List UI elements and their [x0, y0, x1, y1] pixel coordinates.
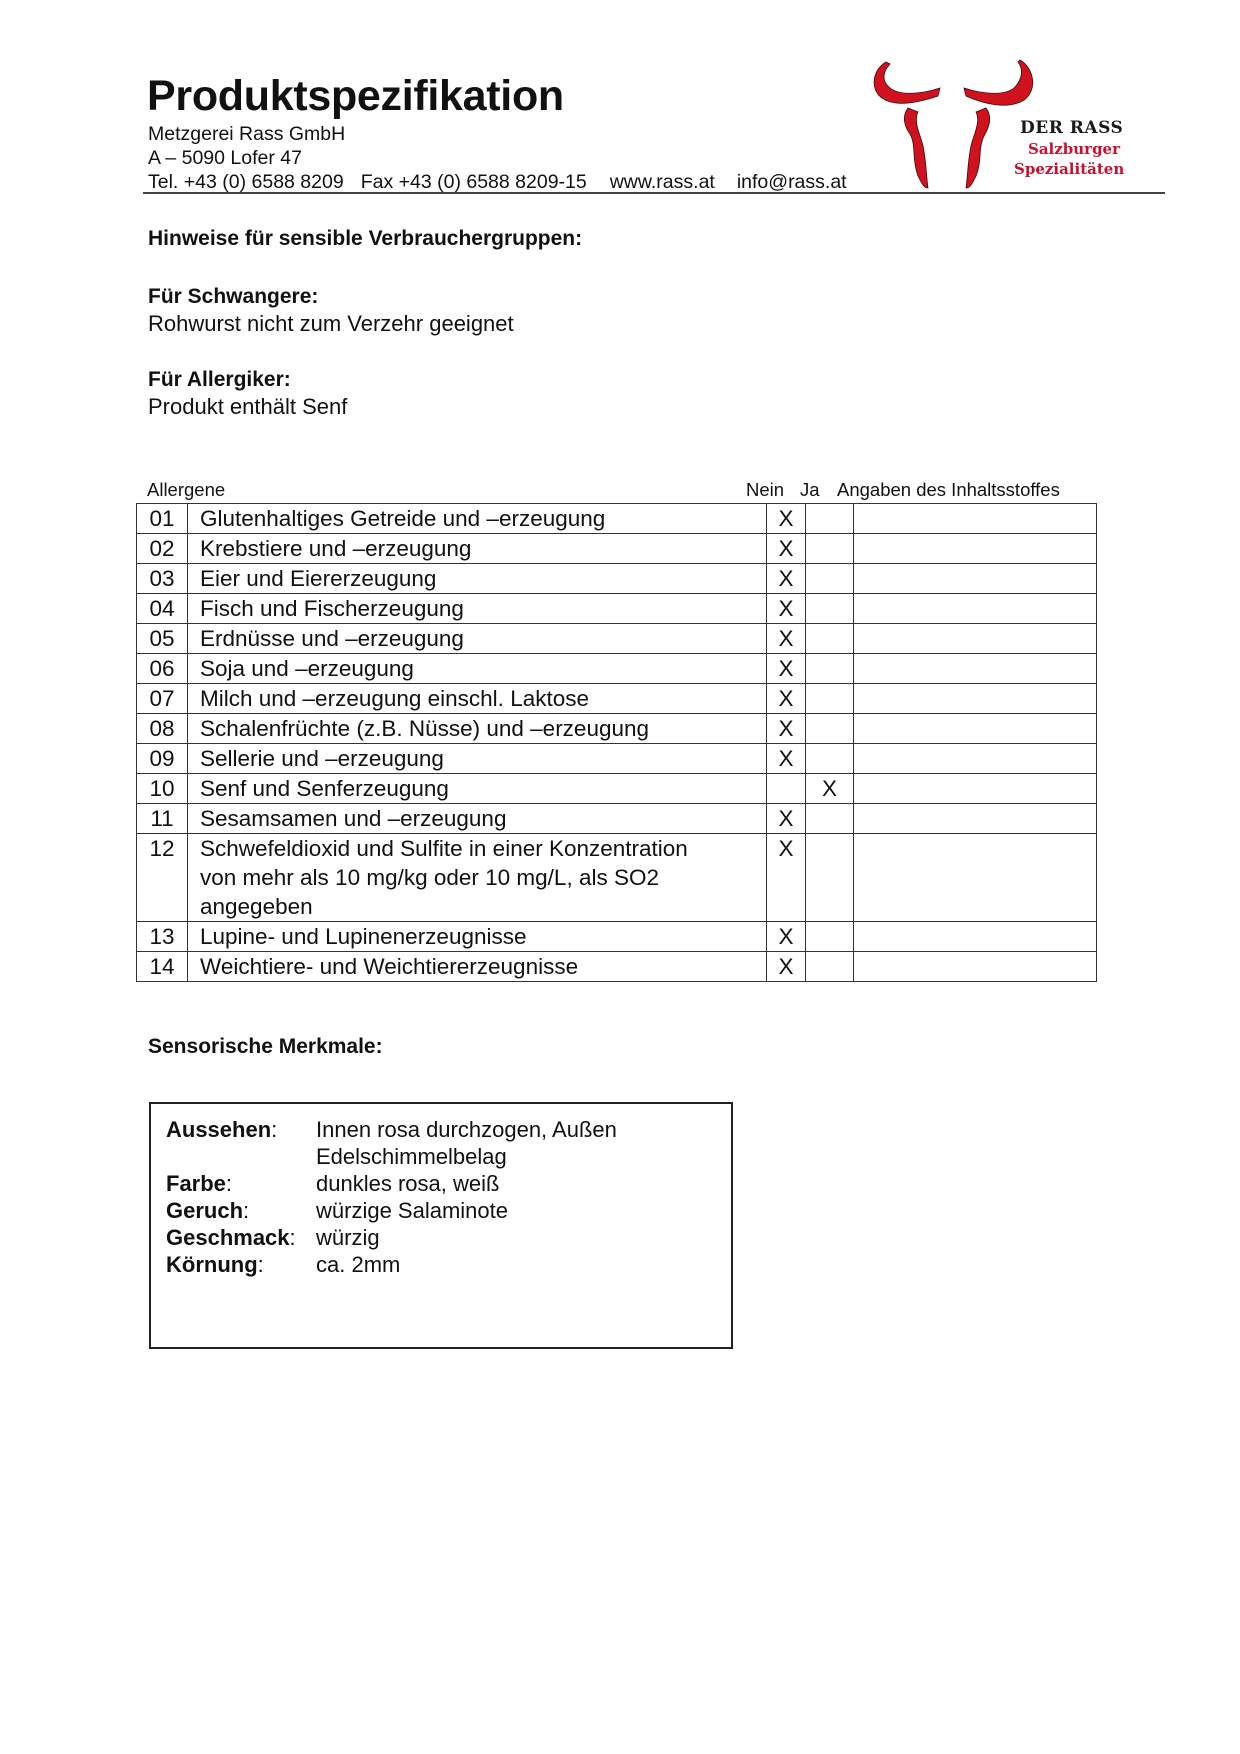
- ja-mark: [806, 654, 854, 684]
- nein-mark: X: [767, 534, 806, 564]
- allergen-name-line: angegeben: [200, 892, 766, 921]
- sensory-value: Innen rosa durchzogen, AußenEdelschimmel…: [316, 1116, 617, 1170]
- allergen-name-line: Eier und Eiererzeugung: [200, 564, 766, 593]
- allergen-name-line: Soja und –erzeugung: [200, 654, 766, 683]
- nein-mark: X: [767, 922, 806, 952]
- allergy-text: Produkt enthält Senf: [148, 394, 347, 420]
- ja-mark: [806, 624, 854, 654]
- allergen-name: Sellerie und –erzeugung: [188, 744, 767, 774]
- allergen-name: Sesamsamen und –erzeugung: [188, 804, 767, 834]
- ingredient-details: [854, 922, 1097, 952]
- allergen-number: 06: [137, 654, 188, 684]
- ja-mark: [806, 594, 854, 624]
- sensory-label-text: Geschmack: [166, 1225, 290, 1250]
- ja-mark: [806, 564, 854, 594]
- column-header-allergene: Allergene: [147, 479, 225, 501]
- allergen-name-line: Schalenfrüchte (z.B. Nüsse) und –erzeugu…: [200, 714, 766, 743]
- column-header-angaben: Angaben des Inhaltsstoffes: [837, 479, 1060, 501]
- allergen-number: 14: [137, 952, 188, 982]
- table-row: 11Sesamsamen und –erzeugungX: [137, 804, 1097, 834]
- nein-mark: X: [767, 564, 806, 594]
- ingredient-details: [854, 654, 1097, 684]
- table-row: 07Milch und –erzeugung einschl. LaktoseX: [137, 684, 1097, 714]
- allergen-name-line: Weichtiere- und Weichtiererzeugnisse: [200, 952, 766, 981]
- ingredient-details: [854, 534, 1097, 564]
- sensory-value: würzig: [316, 1224, 380, 1251]
- pregnant-text: Rohwurst nicht zum Verzehr geeignet: [148, 311, 514, 337]
- company-name: Metzgerei Rass GmbH: [148, 122, 345, 146]
- email-link[interactable]: info@rass.at: [737, 170, 847, 194]
- bull-head-icon: [868, 56, 1038, 190]
- contact-line: Tel. +43 (0) 6588 8209Fax +43 (0) 6588 8…: [148, 170, 847, 194]
- allergen-name: Schalenfrüchte (z.B. Nüsse) und –erzeugu…: [188, 714, 767, 744]
- allergen-name-line: von mehr als 10 mg/kg oder 10 mg/L, als …: [200, 863, 766, 892]
- sensory-value: ca. 2mm: [316, 1251, 400, 1278]
- allergen-name: Fisch und Fischerzeugung: [188, 594, 767, 624]
- allergen-name: Weichtiere- und Weichtiererzeugnisse: [188, 952, 767, 982]
- allergen-number: 10: [137, 774, 188, 804]
- allergen-number: 01: [137, 504, 188, 534]
- allergen-number: 09: [137, 744, 188, 774]
- nein-mark: X: [767, 744, 806, 774]
- nein-mark: [767, 774, 806, 804]
- allergen-number: 03: [137, 564, 188, 594]
- sensory-label: Aussehen:: [166, 1116, 316, 1143]
- allergen-name: Erdnüsse und –erzeugung: [188, 624, 767, 654]
- nein-mark: X: [767, 684, 806, 714]
- section-heading-sensory: Sensorische Merkmale:: [148, 1035, 383, 1059]
- allergen-number: 07: [137, 684, 188, 714]
- ingredient-details: [854, 774, 1097, 804]
- allergen-number: 11: [137, 804, 188, 834]
- sensory-label-text: Aussehen: [166, 1117, 271, 1142]
- allergen-number: 08: [137, 714, 188, 744]
- sensory-box: Aussehen:Innen rosa durchzogen, AußenEde…: [149, 1102, 733, 1349]
- column-header-nein: Nein: [746, 479, 784, 501]
- company-address: A – 5090 Lofer 47: [148, 146, 302, 170]
- sensory-label: Geschmack:: [166, 1224, 316, 1251]
- allergen-number: 04: [137, 594, 188, 624]
- allergen-number: 02: [137, 534, 188, 564]
- table-row: 04Fisch und FischerzeugungX: [137, 594, 1097, 624]
- pregnant-heading: Für Schwangere:: [148, 285, 318, 309]
- allergen-name-line: Krebstiere und –erzeugung: [200, 534, 766, 563]
- ja-mark: [806, 834, 854, 922]
- section-heading-notes: Hinweise für sensible Verbrauchergruppen…: [148, 227, 582, 251]
- allergen-name: Milch und –erzeugung einschl. Laktose: [188, 684, 767, 714]
- table-row: 01Glutenhaltiges Getreide und –erzeugung…: [137, 504, 1097, 534]
- allergen-name: Senf und Senferzeugung: [188, 774, 767, 804]
- allergen-name: Soja und –erzeugung: [188, 654, 767, 684]
- sensory-value-line: würzige Salaminote: [316, 1197, 508, 1224]
- nein-mark: X: [767, 952, 806, 982]
- sensory-value: würzige Salaminote: [316, 1197, 508, 1224]
- sensory-item: Farbe:dunkles rosa, weiß: [166, 1170, 499, 1197]
- sensory-value-line: Edelschimmelbelag: [316, 1143, 617, 1170]
- sensory-item: Geschmack:würzig: [166, 1224, 380, 1251]
- logo-subtitle-1: Salzburger: [1028, 140, 1120, 158]
- allergen-name-line: Glutenhaltiges Getreide und –erzeugung: [200, 504, 766, 533]
- company-logo: DER RASS Salzburger Spezialitäten: [868, 56, 1168, 190]
- table-row: 06Soja und –erzeugungX: [137, 654, 1097, 684]
- allergen-name-line: Senf und Senferzeugung: [200, 774, 766, 803]
- sensory-label: Farbe:: [166, 1170, 316, 1197]
- table-row: 10Senf und SenferzeugungX: [137, 774, 1097, 804]
- sensory-value-line: würzig: [316, 1224, 380, 1251]
- nein-mark: X: [767, 504, 806, 534]
- sensory-label-text: Geruch: [166, 1198, 243, 1223]
- allergen-name: Schwefeldioxid und Sulfite in einer Konz…: [188, 834, 767, 922]
- nein-mark: X: [767, 654, 806, 684]
- fax: Fax +43 (0) 6588 8209-15: [361, 170, 587, 194]
- ja-mark: [806, 744, 854, 774]
- ingredient-details: [854, 804, 1097, 834]
- allergen-name-line: Schwefeldioxid und Sulfite in einer Konz…: [200, 834, 766, 863]
- table-row: 02Krebstiere und –erzeugungX: [137, 534, 1097, 564]
- sensory-value: dunkles rosa, weiß: [316, 1170, 499, 1197]
- ja-mark: X: [806, 774, 854, 804]
- column-header-ja: Ja: [800, 479, 820, 501]
- nein-mark: X: [767, 804, 806, 834]
- allergen-name-line: Sesamsamen und –erzeugung: [200, 804, 766, 833]
- telephone: Tel. +43 (0) 6588 8209: [148, 170, 344, 194]
- sensory-value-line: dunkles rosa, weiß: [316, 1170, 499, 1197]
- ja-mark: [806, 684, 854, 714]
- sensory-label: Körnung:: [166, 1251, 316, 1278]
- logo-subtitle-2: Spezialitäten: [1014, 160, 1124, 178]
- allergen-number: 13: [137, 922, 188, 952]
- ja-mark: [806, 504, 854, 534]
- nein-mark: X: [767, 714, 806, 744]
- sensory-item: Aussehen:Innen rosa durchzogen, AußenEde…: [166, 1116, 617, 1170]
- ingredient-details: [854, 684, 1097, 714]
- ja-mark: [806, 534, 854, 564]
- ingredient-details: [854, 504, 1097, 534]
- nein-mark: X: [767, 834, 806, 922]
- ingredient-details: [854, 594, 1097, 624]
- table-row: 03Eier und EiererzeugungX: [137, 564, 1097, 594]
- sensory-value-line: Innen rosa durchzogen, Außen: [316, 1116, 617, 1143]
- table-row: 14Weichtiere- und WeichtiererzeugnisseX: [137, 952, 1097, 982]
- ja-mark: [806, 922, 854, 952]
- allergen-number: 05: [137, 624, 188, 654]
- ja-mark: [806, 714, 854, 744]
- document-title: Produktspezifikation: [147, 72, 564, 120]
- website-link[interactable]: www.rass.at: [610, 170, 715, 194]
- allergen-name: Eier und Eiererzeugung: [188, 564, 767, 594]
- sensory-label: Geruch:: [166, 1197, 316, 1224]
- sensory-value-line: ca. 2mm: [316, 1251, 400, 1278]
- nein-mark: X: [767, 594, 806, 624]
- logo-title: DER RASS: [1020, 118, 1123, 138]
- table-row: 09Sellerie und –erzeugungX: [137, 744, 1097, 774]
- allergen-name-line: Milch und –erzeugung einschl. Laktose: [200, 684, 766, 713]
- table-row: 13Lupine- und LupinenerzeugnisseX: [137, 922, 1097, 952]
- sensory-label-text: Körnung: [166, 1252, 258, 1277]
- ja-mark: [806, 804, 854, 834]
- sensory-item: Körnung:ca. 2mm: [166, 1251, 400, 1278]
- allergen-number: 12: [137, 834, 188, 922]
- allergen-name: Lupine- und Lupinenerzeugnisse: [188, 922, 767, 952]
- header-divider: [143, 192, 1165, 194]
- ingredient-details: [854, 744, 1097, 774]
- table-row: 08Schalenfrüchte (z.B. Nüsse) und –erzeu…: [137, 714, 1097, 744]
- nein-mark: X: [767, 624, 806, 654]
- sensory-item: Geruch:würzige Salaminote: [166, 1197, 508, 1224]
- ingredient-details: [854, 714, 1097, 744]
- ingredient-details: [854, 952, 1097, 982]
- allergen-name-line: Fisch und Fischerzeugung: [200, 594, 766, 623]
- allergy-heading: Für Allergiker:: [148, 368, 291, 392]
- ingredient-details: [854, 624, 1097, 654]
- allergen-name: Glutenhaltiges Getreide und –erzeugung: [188, 504, 767, 534]
- ja-mark: [806, 952, 854, 982]
- table-row: 05Erdnüsse und –erzeugungX: [137, 624, 1097, 654]
- allergen-name-line: Erdnüsse und –erzeugung: [200, 624, 766, 653]
- allergen-name: Krebstiere und –erzeugung: [188, 534, 767, 564]
- allergen-name-line: Lupine- und Lupinenerzeugnisse: [200, 922, 766, 951]
- allergen-name-line: Sellerie und –erzeugung: [200, 744, 766, 773]
- sensory-label-text: Farbe: [166, 1171, 226, 1196]
- table-row: 12Schwefeldioxid und Sulfite in einer Ko…: [137, 834, 1097, 922]
- ingredient-details: [854, 564, 1097, 594]
- ingredient-details: [854, 834, 1097, 922]
- allergen-table: 01Glutenhaltiges Getreide und –erzeugung…: [136, 503, 1097, 982]
